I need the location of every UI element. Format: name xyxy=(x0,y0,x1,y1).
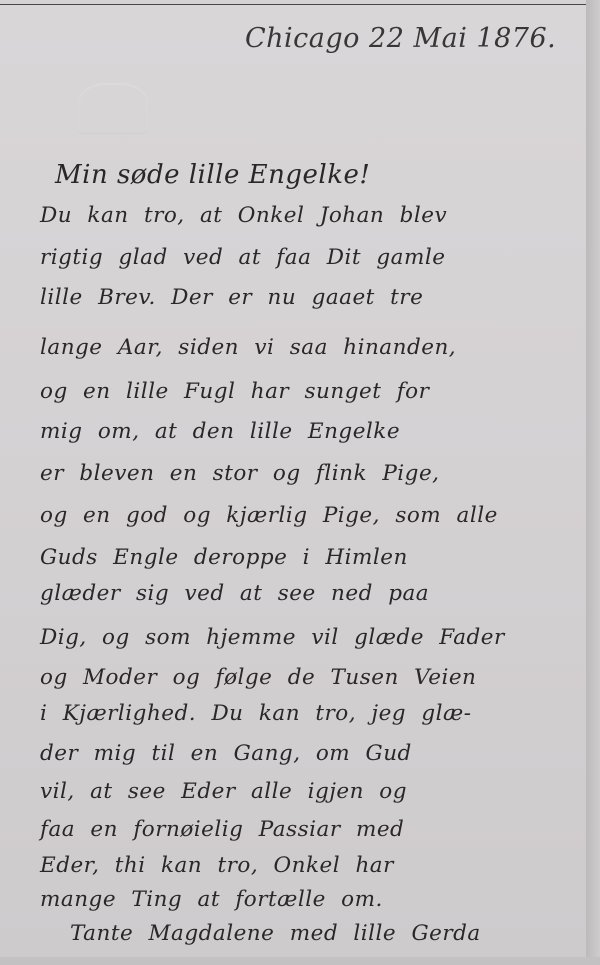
paper-edge-right xyxy=(586,0,600,965)
letter-line: vil, at see Eder alle igjen og xyxy=(40,779,407,804)
letter-line: faa en fornøielig Passiar med xyxy=(40,817,404,842)
letter-scan: Chicago 22 Mai 1876. Min søde lille Enge… xyxy=(0,0,600,965)
dateline: Chicago 22 Mai 1876. xyxy=(245,23,556,54)
letter-line: og Moder og følge de Tusen Veien xyxy=(40,665,476,690)
embossed-stamp-mark xyxy=(78,83,148,133)
paper-edge-bottom xyxy=(0,957,600,965)
letter-line: lange Aar, siden vi saa hinanden, xyxy=(40,335,456,360)
letter-line: lille Brev. Der er nu gaaet tre xyxy=(40,285,423,310)
letter-line: der mig til en Gang, om Gud xyxy=(40,741,412,766)
letter-line: Tante Magdalene med lille Gerda xyxy=(70,921,481,946)
letter-line: Guds Engle deroppe i Himlen xyxy=(40,545,408,570)
letter-line: rigtig glad ved at faa Dit gamle xyxy=(40,245,445,270)
letter-line: Eder, thi kan tro, Onkel har xyxy=(40,853,394,878)
letter-line: og en god og kjærlig Pige, som alle xyxy=(40,503,498,528)
salutation: Min søde lille Engelke! xyxy=(55,160,370,190)
paper-sheet: Chicago 22 Mai 1876. Min søde lille Enge… xyxy=(0,4,587,960)
letter-line: Du kan tro, at Onkel Johan blev xyxy=(40,203,447,228)
letter-line: i Kjærlighed. Du kan tro, jeg glæ- xyxy=(40,701,472,726)
letter-line: mange Ting at fortælle om. xyxy=(40,887,383,912)
letter-line: mig om, at den lille Engelke xyxy=(40,419,400,444)
letter-line: er bleven en stor og flink Pige, xyxy=(40,461,440,486)
letter-line: glæder sig ved at see ned paa xyxy=(40,581,429,606)
letter-line: og en lille Fugl har sunget for xyxy=(40,379,429,404)
letter-line: Dig, og som hjemme vil glæde Fader xyxy=(40,625,505,650)
